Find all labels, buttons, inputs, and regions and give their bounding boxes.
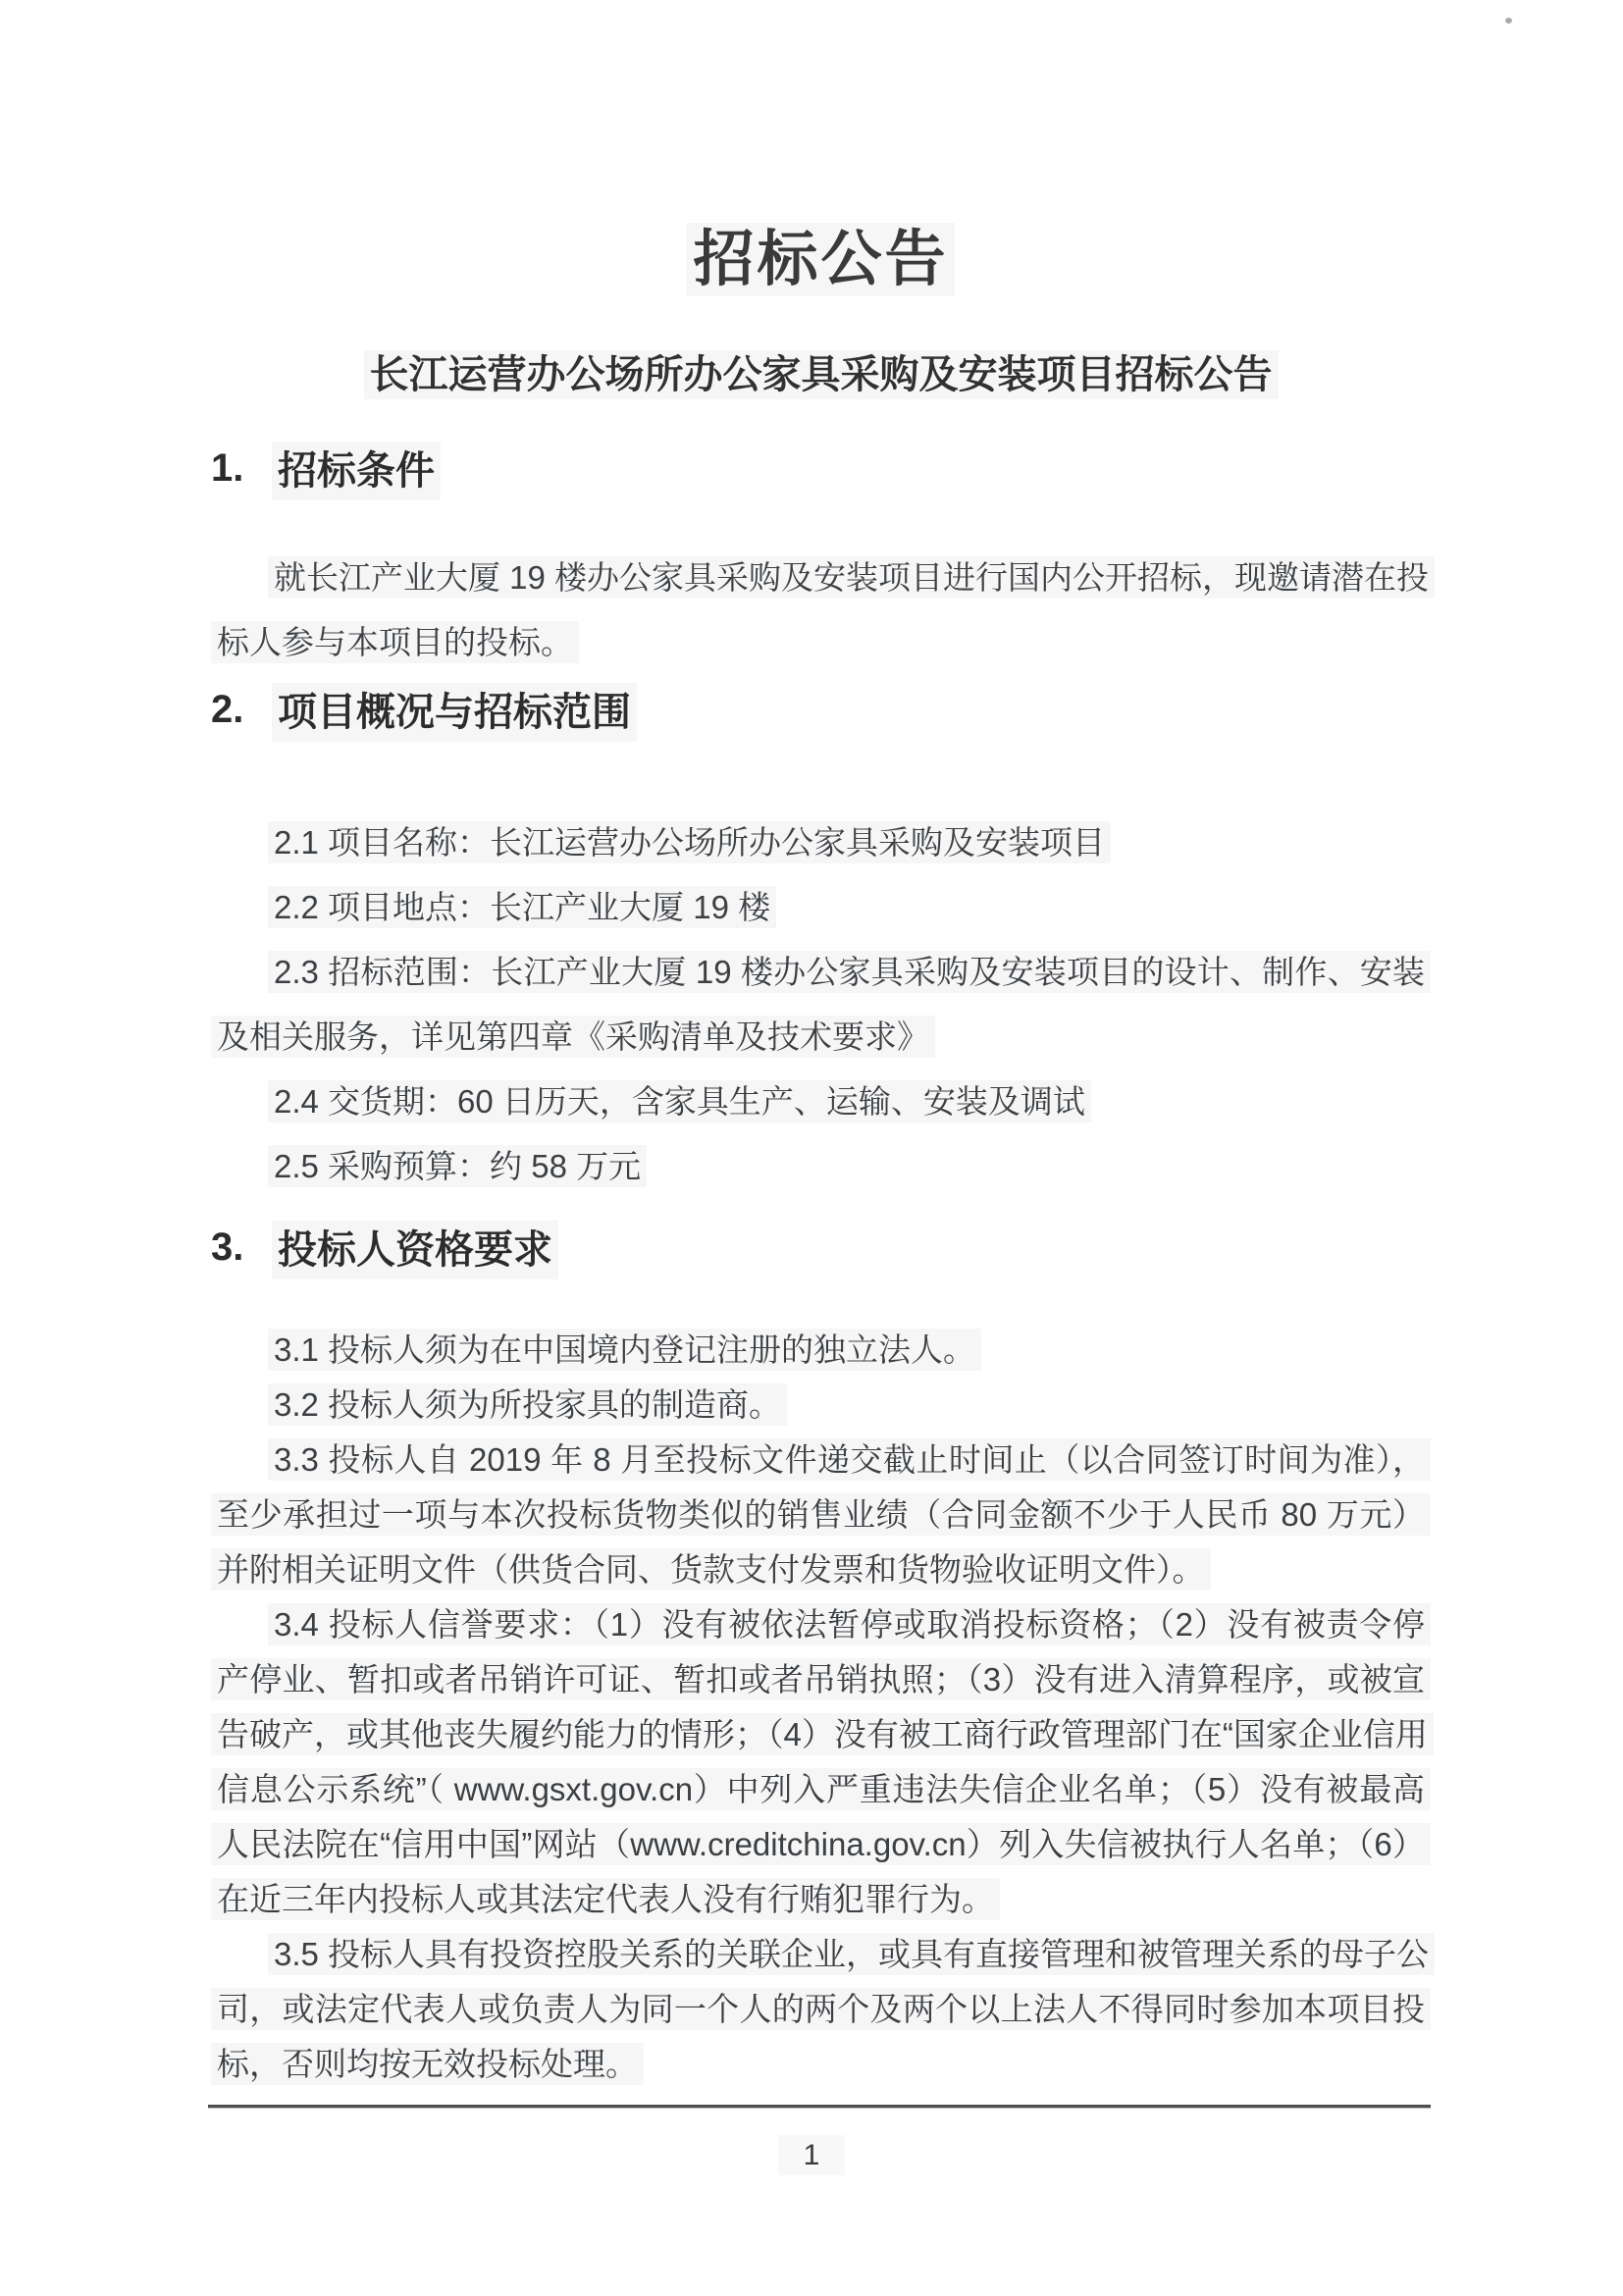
- section-3-number: 3.: [211, 1221, 272, 1274]
- section-1-title: 招标条件: [272, 442, 441, 500]
- page-title-text: 招标公告: [687, 223, 954, 296]
- document-page: 招标公告 长江运营办公场所办公家具采购及安装项目招标公告 1. 招标条件 就长江…: [0, 0, 1623, 2296]
- section-3-item-3-4-text: 3.4 投标人信誉要求：（1）没有被依法暂停或取消投标资格；（2）没有被责令停产…: [211, 1603, 1434, 1920]
- scan-artifact-dot: [1505, 18, 1512, 24]
- section-2-item-2-4: 2.4 交货期：60 日历天，含家具生产、运输、安装及调试: [211, 1070, 1431, 1134]
- section-2-items: 2.1 项目名称：长江运营办公场所办公家具采购及安装项目 2.2 项目地点：长江…: [211, 810, 1431, 1199]
- section-3-items: 3.1 投标人须为在中国境内登记注册的独立法人。 3.2 投标人须为所投家具的制…: [211, 1323, 1431, 2092]
- section-3-item-3-5: 3.5 投标人具有投资控股关系的关联企业，或具有直接管理和被管理关系的母子公司，…: [211, 1927, 1431, 2092]
- page-title: 招标公告: [211, 226, 1431, 294]
- footer-divider: [208, 2105, 1431, 2109]
- document-content: 招标公告 长江运营办公场所办公家具采购及安装项目招标公告 1. 招标条件 就长江…: [211, 0, 1431, 2092]
- section-3-item-3-4: 3.4 投标人信誉要求：（1）没有被依法暂停或取消投标资格；（2）没有被责令停产…: [211, 1597, 1431, 1927]
- document-subtitle: 长江运营办公场所办公家具采购及安装项目招标公告: [211, 351, 1431, 398]
- section-1-heading: 1. 招标条件: [211, 442, 1431, 500]
- section-2-heading: 2. 项目概况与招标范围: [211, 683, 1431, 742]
- section-3-title: 投标人资格要求: [272, 1221, 558, 1279]
- section-3-item-3-1: 3.1 投标人须为在中国境内登记注册的独立法人。: [211, 1323, 1431, 1378]
- section-2-item-2-3-text: 2.3 招标范围：长江产业大厦 19 楼办公家具采购及安装项目的设计、制作、安装…: [211, 951, 1431, 1058]
- section-3-item-3-2-text: 3.2 投标人须为所投家具的制造商。: [268, 1383, 787, 1426]
- section-3-heading: 3. 投标人资格要求: [211, 1221, 1431, 1279]
- section-2-title: 项目概况与招标范围: [272, 683, 637, 742]
- section-2-item-2-1-text: 2.1 项目名称：长江运营办公场所办公家具采购及安装项目: [268, 821, 1111, 863]
- section-2-item-2-3: 2.3 招标范围：长江产业大厦 19 楼办公家具采购及安装项目的设计、制作、安装…: [211, 940, 1431, 1070]
- document-subtitle-text: 长江运营办公场所办公家具采购及安装项目招标公告: [364, 350, 1279, 399]
- section-3-item-3-1-text: 3.1 投标人须为在中国境内登记注册的独立法人。: [268, 1329, 981, 1371]
- section-3-item-3-5-text: 3.5 投标人具有投资控股关系的关联企业，或具有直接管理和被管理关系的母子公司，…: [211, 1933, 1435, 2085]
- page-number-text: 1: [778, 2135, 846, 2175]
- section-1-paragraph-text: 就长江产业大厦 19 楼办公家具采购及安装项目进行国内公开招标，现邀请潜在投标人…: [211, 556, 1435, 663]
- section-3-item-3-3-text: 3.3 投标人自 2019 年 8 月至投标文件递交截止时间止（以合同签订时间为…: [211, 1438, 1431, 1591]
- section-2-item-2-5: 2.5 采购预算：约 58 万元: [211, 1134, 1431, 1199]
- section-2-number: 2.: [211, 683, 272, 736]
- section-3-item-3-3: 3.3 投标人自 2019 年 8 月至投标文件递交截止时间止（以合同签订时间为…: [211, 1433, 1431, 1597]
- section-2-item-2-5-text: 2.5 采购预算：约 58 万元: [268, 1145, 647, 1187]
- section-1-number: 1.: [211, 442, 272, 495]
- page-number: 1: [0, 2137, 1623, 2174]
- section-3-item-3-2: 3.2 投标人须为所投家具的制造商。: [211, 1378, 1431, 1433]
- section-1-paragraph: 就长江产业大厦 19 楼办公家具采购及安装项目进行国内公开招标，现邀请潜在投标人…: [211, 546, 1431, 675]
- section-2-item-2-2-text: 2.2 项目地点：长江产业大厦 19 楼: [268, 886, 776, 928]
- section-2-item-2-2: 2.2 项目地点：长江产业大厦 19 楼: [211, 875, 1431, 940]
- section-2-item-2-4-text: 2.4 交货期：60 日历天，含家具生产、运输、安装及调试: [268, 1080, 1091, 1122]
- section-2-item-2-1: 2.1 项目名称：长江运营办公场所办公家具采购及安装项目: [211, 810, 1431, 875]
